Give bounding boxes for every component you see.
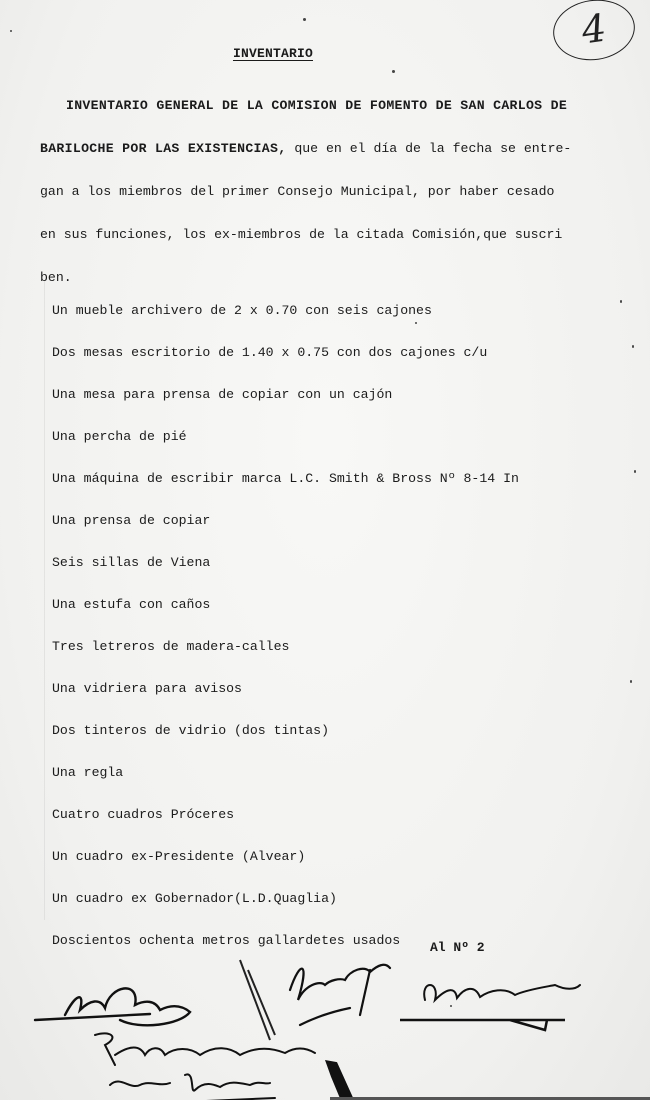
inventory-item: Cuatro cuadros Próceres <box>52 794 612 836</box>
heading-line-2-rest: que en el día de la fecha se entre- <box>286 141 571 156</box>
heading-line-2-caps: BARILOCHE POR LAS EXISTENCIAS, <box>40 141 286 156</box>
document-heading: INVENTARIO GENERAL DE LA COMISION DE FOM… <box>40 84 622 299</box>
paper-speck <box>392 70 395 73</box>
document-page: 4 INVENTARIO INVENTARIO GENERAL DE LA CO… <box>0 0 650 1100</box>
paper-speck <box>10 30 12 32</box>
inventory-item: Un mueble archivero de 2 x 0.70 con seis… <box>52 290 612 332</box>
paper-speck <box>632 345 634 348</box>
heading-line-4: en sus funciones, los ex-miembros de la … <box>40 213 622 256</box>
inventory-item: Una regla <box>52 752 612 794</box>
inventory-item: Tres letreros de madera-calles <box>52 626 612 668</box>
inventory-item: Una estufa con caños <box>52 584 612 626</box>
inventory-list: Un mueble archivero de 2 x 0.70 con seis… <box>52 290 612 962</box>
paper-speck <box>630 680 632 683</box>
inventory-item: Una mesa para prensa de copiar con un ca… <box>52 374 612 416</box>
paper-speck <box>634 470 636 473</box>
page-margin-line <box>44 280 45 920</box>
heading-line-2: BARILOCHE POR LAS EXISTENCIAS, que en el… <box>40 127 622 170</box>
document-title: INVENTARIO <box>0 46 546 61</box>
heading-line-3: gan a los miembros del primer Consejo Mu… <box>40 170 622 213</box>
paper-speck <box>620 300 622 303</box>
inventory-item: Una vidriera para avisos <box>52 668 612 710</box>
inventory-item: Una máquina de escribir marca L.C. Smith… <box>52 458 612 500</box>
inventory-item: Dos tinteros de vidrio (dos tintas) <box>52 710 612 752</box>
signature-3 <box>395 965 595 1035</box>
page-number-circle: 4 <box>549 0 639 65</box>
inventory-item: Un cuadro ex-Presidente (Alvear) <box>52 836 612 878</box>
inventory-item: Dos mesas escritorio de 1.40 x 0.75 con … <box>52 332 612 374</box>
inventory-item: Una prensa de copiar <box>52 500 612 542</box>
signature-5 <box>100 1065 280 1100</box>
heading-line-1: INVENTARIO GENERAL DE LA COMISION DE FOM… <box>40 84 622 127</box>
paper-speck <box>303 18 306 21</box>
signature-area <box>0 950 650 1100</box>
inventory-item: Seis sillas de Viena <box>52 542 612 584</box>
inventory-item: Una percha de pié <box>52 416 612 458</box>
inventory-item: Un cuadro ex Gobernador(L.D.Quaglia) <box>52 878 612 920</box>
